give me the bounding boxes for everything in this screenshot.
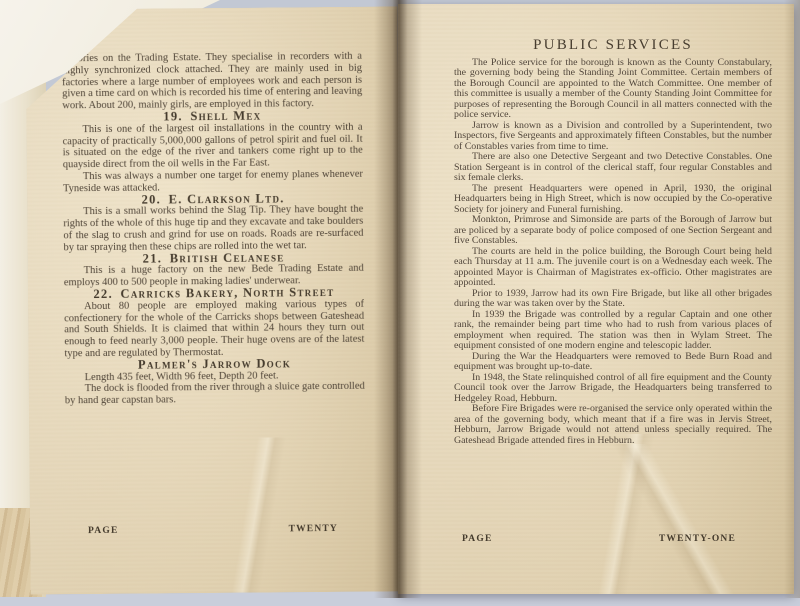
footer-page-number: TWENTY-ONE [659,534,736,544]
paragraph: The dock is flooded from the river throu… [65,381,365,407]
paragraph: Before Fire Brigades were re-organised t… [454,404,772,446]
page-right-text-column: PUBLIC SERVICES The Police service for t… [454,40,772,446]
page-left-footer: PAGE TWENTY [88,524,338,536]
page-title-public-services: PUBLIC SERVICES [454,40,772,51]
page-left-text-column: factories on the Trading Estate. They sp… [62,51,365,408]
paragraph: This was always a number one target for … [63,169,363,195]
footer-page-number: TWENTY [289,524,339,534]
paragraph: The courts are held in the police buildi… [454,247,772,289]
footer-page-label: PAGE [462,534,492,544]
paragraph: There are also one Detective Sergeant an… [454,152,772,184]
page-left: factories on the Trading Estate. They sp… [25,6,402,594]
paragraph: factories on the Trading Estate. They sp… [62,51,363,113]
page-right: PUBLIC SERVICES The Police service for t… [398,4,794,594]
paragraph: Jarrow is known as a Division and contro… [454,121,772,153]
paragraph: Monkton, Primrose and Simonside are part… [454,215,772,247]
paragraph: This is one of the largest oil installat… [62,121,362,171]
page-right-footer: PAGE TWENTY-ONE [462,534,736,544]
paragraph: The Police service for the borough is kn… [454,58,772,121]
paper-crease [548,444,788,594]
paragraph: This is a small works behind the Slag Ti… [63,204,363,254]
paper-crease [89,436,420,599]
book-scan-photo: factories on the Trading Estate. They sp… [0,0,800,606]
paragraph: The present Headquarters were opened in … [454,184,772,216]
paragraph: In 1948, the State relinquished control … [454,373,772,405]
paper-crease [458,434,788,594]
paragraph: About 80 people are employed making vari… [64,298,365,360]
paragraph: In 1939 the Brigade was controlled by a … [454,310,772,352]
footer-page-label: PAGE [88,526,119,536]
paragraph: During the War the Headquarters were rem… [454,352,772,373]
paragraph: Prior to 1939, Jarrow had its own Fire B… [454,289,772,310]
